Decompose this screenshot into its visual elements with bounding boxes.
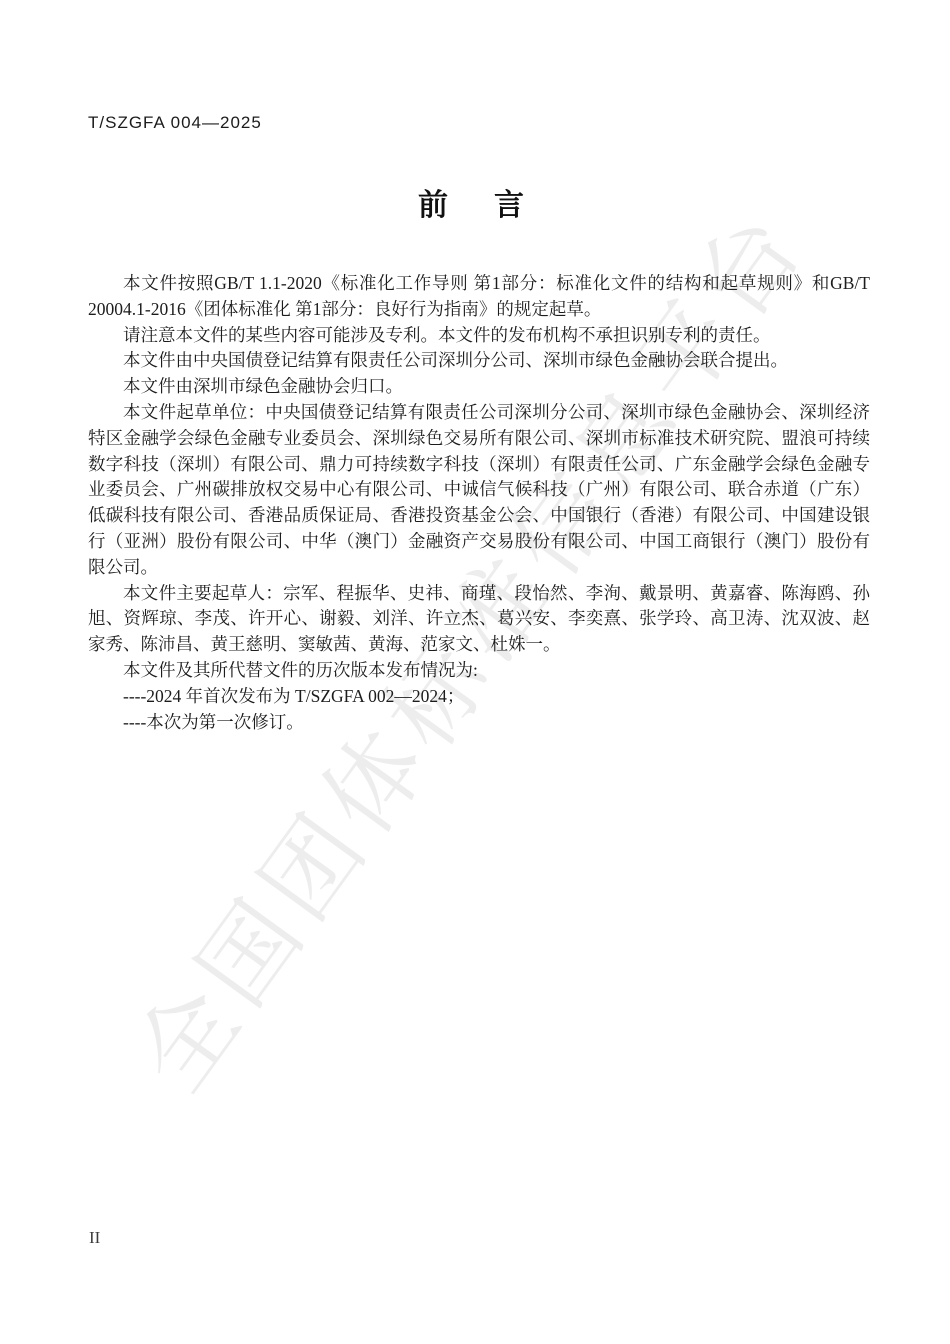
paragraph-version-history-intro: 本文件及其所代替文件的历次版本发布情况为: [88,658,870,684]
document-page: 全国团体标准信息平台 T/SZGFA 004—2025 前 言 本文件按照GB/… [0,0,950,1344]
paragraph-proposed-by: 本文件由中央国债登记结算有限责任公司深圳分公司、深圳市绿色金融协会联合提出。 [88,348,870,374]
foreword-title: 前 言 [0,180,950,224]
paragraph-drafting-rules: 本文件按照GB/T 1.1-2020《标准化工作导则 第1部分：标准化文件的结构… [88,271,870,323]
paragraph-version-history-revision: ----本次为第一次修订。 [88,710,870,736]
paragraph-main-drafters: 本文件主要起草人：宗军、程振华、史祎、商瑾、段怡然、李洵、戴景明、黄嘉睿、陈海鸥… [88,581,870,658]
paragraph-centralized-by: 本文件由深圳市绿色金融协会归口。 [88,374,870,400]
standard-doc-number: T/SZGFA 004—2025 [88,113,262,133]
paragraph-drafting-organizations: 本文件起草单位：中央国债登记结算有限责任公司深圳分公司、深圳市绿色金融协会、深圳… [88,400,870,581]
paragraph-patent-notice: 请注意本文件的某些内容可能涉及专利。本文件的发布机构不承担识别专利的责任。 [88,323,870,349]
page-number: II [89,1228,100,1248]
foreword-body: 本文件按照GB/T 1.1-2020《标准化工作导则 第1部分：标准化文件的结构… [88,271,870,735]
paragraph-version-history-first-release: ----2024 年首次发布为 T/SZGFA 002—2024； [88,684,870,710]
